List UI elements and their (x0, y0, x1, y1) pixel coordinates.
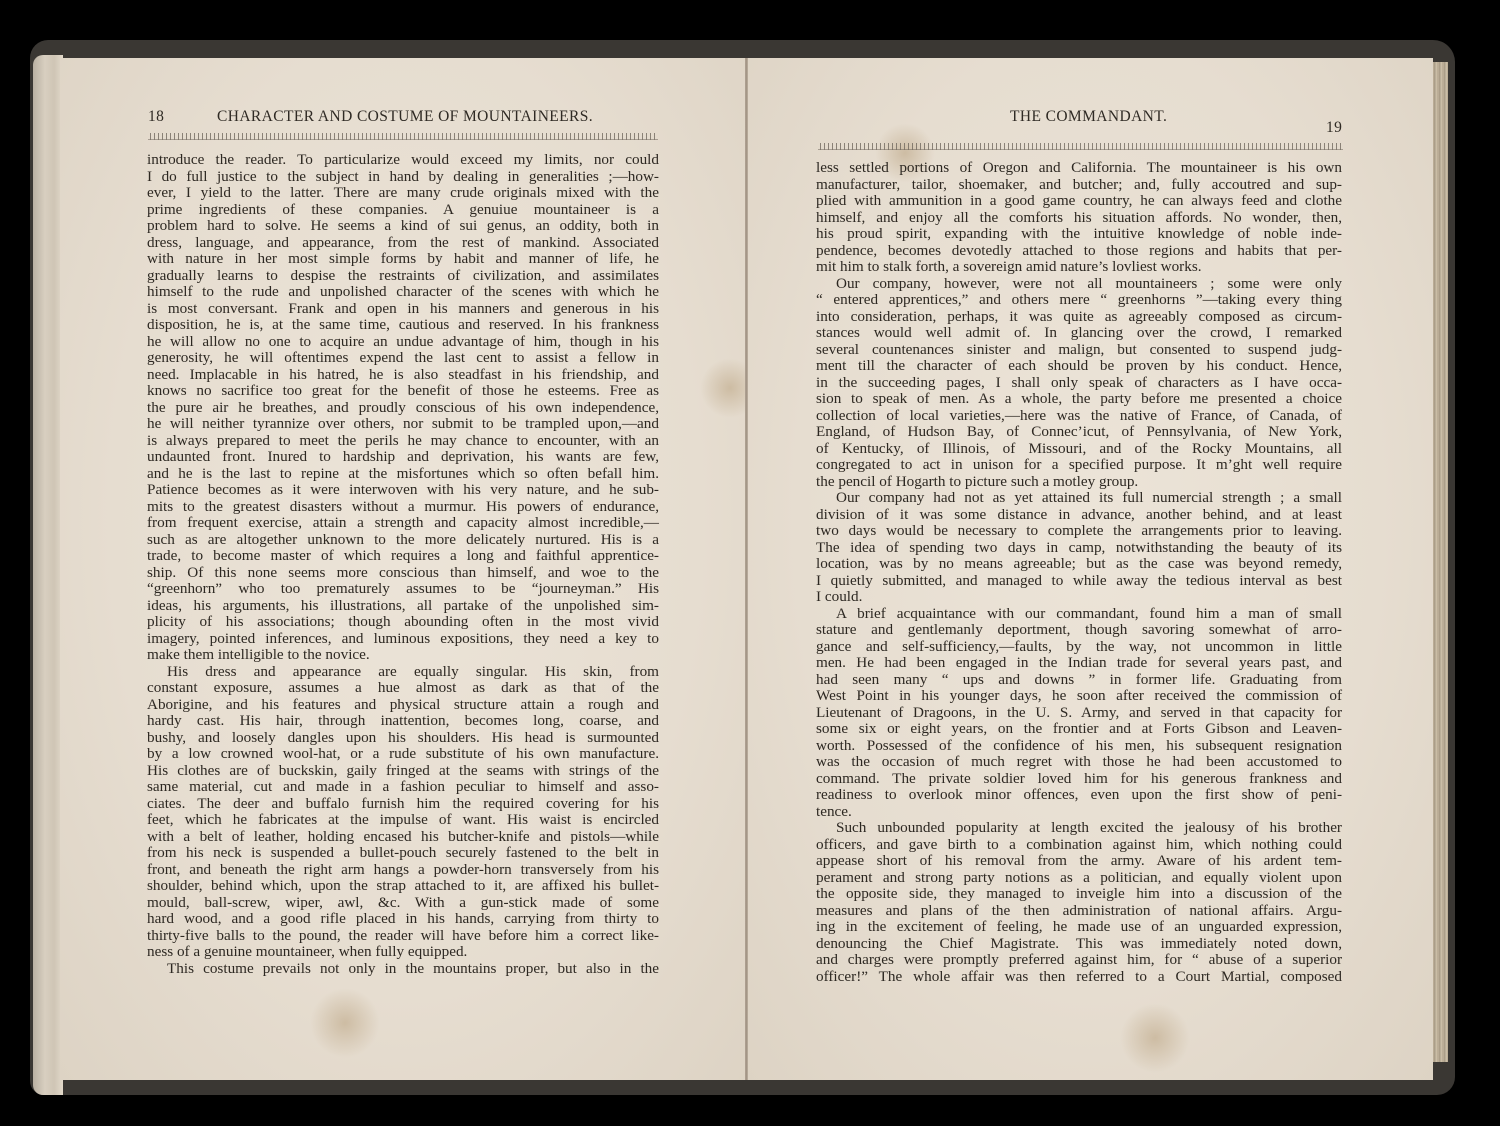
text-line: shoulder, behind which, upon the strap a… (147, 878, 659, 895)
text-line: mould, ball-screw, wiper, awl, &c. With … (147, 895, 659, 912)
text-line: This costume prevails not only in the mo… (147, 961, 659, 978)
right-page-body: less settled portions of Oregon and Cali… (816, 160, 1342, 985)
text-line: I could. (816, 589, 1342, 606)
text-line: appease short of his removal from the ar… (816, 853, 1342, 870)
text-line: plicity of his associations; though abou… (147, 614, 659, 631)
text-line: is most conversant. Frank and open in hi… (147, 301, 659, 318)
text-line: stances would well admit of. In glancing… (816, 325, 1342, 342)
text-line: he will allow no one to acquire an undue… (147, 334, 659, 351)
text-line: gance and self-sufficiency,—faults, by t… (816, 639, 1342, 656)
text-line: hard wood, and a good rifle placed in hi… (147, 911, 659, 928)
text-line: measures and plans of the then administr… (816, 903, 1342, 920)
text-line: is always prepared to meet the perils he… (147, 433, 659, 450)
text-line: and he is the last to repine at the misf… (147, 466, 659, 483)
text-line: officers, and gave birth to a combinatio… (816, 837, 1342, 854)
spine-gutter (745, 58, 748, 1080)
text-line: “greenhorn” who too prematurely assumes … (147, 581, 659, 598)
left-page-number: 18 (148, 108, 164, 126)
text-line: collection of local varieties,—here was … (816, 408, 1342, 425)
text-line: officer!” The whole affair was then refe… (816, 969, 1342, 986)
text-line: with a belt of leather, holding encased … (147, 829, 659, 846)
text-line: “ entered apprentices,” and others mere … (816, 292, 1342, 309)
text-line: Lieutenant of Dragoons, in the U. S. Arm… (816, 705, 1342, 722)
text-line: disposition, he is, at the same time, ca… (147, 317, 659, 334)
text-line: ever, I yield to the latter. There are m… (147, 185, 659, 202)
text-line: His dress and appearance are equally sin… (147, 664, 659, 681)
text-line: from his neck is suspended a bullet-pouc… (147, 845, 659, 862)
text-line: constant exposure, assumes a hue almost … (147, 680, 659, 697)
text-line: mit him to stalk forth, a sovereign amid… (816, 259, 1342, 276)
text-line: plied with ammunition in a good game cou… (816, 193, 1342, 210)
text-line: prime ingredients of these companies. A … (147, 202, 659, 219)
text-line: bushy, and loosely dangles upon his shou… (147, 730, 659, 747)
text-line: Patience becomes as it were interwoven w… (147, 482, 659, 499)
text-line: Our company had not as yet attained its … (816, 490, 1342, 507)
text-line: less settled portions of Oregon and Cali… (816, 160, 1342, 177)
text-line: two days would be necessary to complete … (816, 523, 1342, 540)
text-line: denouncing the Chief Magistrate. This wa… (816, 936, 1342, 953)
text-line: West Point in his younger days, he soon … (816, 688, 1342, 705)
header-rule (818, 143, 1343, 150)
text-line: undaunted front. Inured to hardship and … (147, 449, 659, 466)
text-line: perament and strong party notions as a p… (816, 870, 1342, 887)
text-line: into consideration, perhaps, it was quit… (816, 309, 1342, 326)
foxing-stain (1120, 1003, 1190, 1073)
text-line: himself, and enjoy all the comforts his … (816, 210, 1342, 227)
text-line: tence. (816, 804, 1342, 821)
text-line: himself to the rude and unpolished chara… (147, 284, 659, 301)
text-line: I do full justice to the subject in hand… (147, 169, 659, 186)
foxing-stain (310, 988, 380, 1058)
text-line: sion to speak of men. As a whole, the pa… (816, 391, 1342, 408)
text-line: some six or eight years, on the frontier… (816, 721, 1342, 738)
text-line: with nature in her most simple forms by … (147, 251, 659, 268)
text-line: ideas, his arguments, his illustrations,… (147, 598, 659, 615)
text-line: such as are altogether unknown to the mo… (147, 532, 659, 549)
text-line: of Kentucky, of Illinois, of Missouri, a… (816, 441, 1342, 458)
text-line: men. He had been engaged in the Indian t… (816, 655, 1342, 672)
text-line: worth. Possessed of the confidence of hi… (816, 738, 1342, 755)
text-line: in the succeeding pages, I shall only sp… (816, 375, 1342, 392)
text-line: mits to the greatest disasters without a… (147, 499, 659, 516)
text-line: Our company, however, were not all mount… (816, 276, 1342, 293)
text-line: generosity, he will oftentimes expend th… (147, 350, 659, 367)
text-line: ciates. The deer and buffalo furnish him… (147, 796, 659, 813)
text-line: the pure air he breathes, and proudly co… (147, 400, 659, 417)
text-line: manufacturer, tailor, shoemaker, and but… (816, 177, 1342, 194)
text-line: problem hard to solve. He seems a kind o… (147, 218, 659, 235)
text-line: several countenances sinister and malign… (816, 342, 1342, 359)
text-line: his proud spirit, expanding with the int… (816, 226, 1342, 243)
text-line: A brief acquaintance with our commandant… (816, 606, 1342, 623)
text-line: ship. Of this none seems more conscious … (147, 565, 659, 582)
text-line: from frequent exercise, attain a strengt… (147, 515, 659, 532)
text-line: he will neither tyrannize over others, n… (147, 416, 659, 433)
text-line: ment till the character of each should b… (816, 358, 1342, 375)
text-line: trade, to become master of which require… (147, 548, 659, 565)
text-line: gradually learns to despise the restrain… (147, 268, 659, 285)
left-page-body: introduce the reader. To particularize w… (147, 152, 659, 977)
text-line: imagery, pointed inferences, and luminou… (147, 631, 659, 648)
text-line: division of it was some distance in adva… (816, 507, 1342, 524)
text-line: knows no sacrifice too great for the ben… (147, 383, 659, 400)
text-line: command. The private soldier loved him f… (816, 771, 1342, 788)
text-line: and charges were promptly preferred agai… (816, 952, 1342, 969)
left-running-head: CHARACTER AND COSTUME OF MOUNTAINEERS. (217, 108, 593, 126)
text-line: readiness to overlook minor offences, ev… (816, 787, 1342, 804)
right-page-number: 19 (1326, 119, 1342, 137)
text-line: front, and beneath the right arm hangs a… (147, 862, 659, 879)
header-rule (148, 133, 658, 140)
text-line: the pencil of Hogarth to picture such a … (816, 474, 1342, 491)
text-line: the opposite side, they managed to invei… (816, 886, 1342, 903)
text-line: make them intelligible to the novice. (147, 647, 659, 664)
text-line: stature and gentlemanly deportment, thou… (816, 622, 1342, 639)
text-line: had seen many “ ups and downs ” in forme… (816, 672, 1342, 689)
text-line: I quietly submitted, and managed to whil… (816, 573, 1342, 590)
text-line: need. Implacable in his hatred, he is al… (147, 367, 659, 384)
text-line: location, was by no means agreeable; but… (816, 556, 1342, 573)
text-line: feet, which he fabricates at the impulse… (147, 812, 659, 829)
text-line: congregated to act in unison for a speci… (816, 457, 1342, 474)
text-line: by a low crowned wool-hat, or a rude sub… (147, 746, 659, 763)
text-line: was the occasion of much regret with tho… (816, 754, 1342, 771)
text-line: The idea of spending two days in camp, n… (816, 540, 1342, 557)
text-line: dress, language, and appearance, from th… (147, 235, 659, 252)
text-line: hardy cast. His hair, through inattentio… (147, 713, 659, 730)
text-line: pendence, becomes devotedly attached to … (816, 243, 1342, 260)
text-line: Such unbounded popularity at length exci… (816, 820, 1342, 837)
text-line: introduce the reader. To particularize w… (147, 152, 659, 169)
text-line: same material, cut and made in a fashion… (147, 779, 659, 796)
text-line: England, of Hudson Bay, of Connec’icut, … (816, 424, 1342, 441)
right-running-head: THE COMMANDANT. (1010, 108, 1167, 126)
text-line: ing in the excitement of feeling, he mad… (816, 919, 1342, 936)
text-line: Aborigine, and his features and physical… (147, 697, 659, 714)
text-line: His clothes are of buckskin, gaily fring… (147, 763, 659, 780)
left-page-edges (33, 55, 63, 1095)
text-line: thirty-five balls to the pound, the read… (147, 928, 659, 945)
text-line: ness of a genuine mountaineer, when full… (147, 944, 659, 961)
